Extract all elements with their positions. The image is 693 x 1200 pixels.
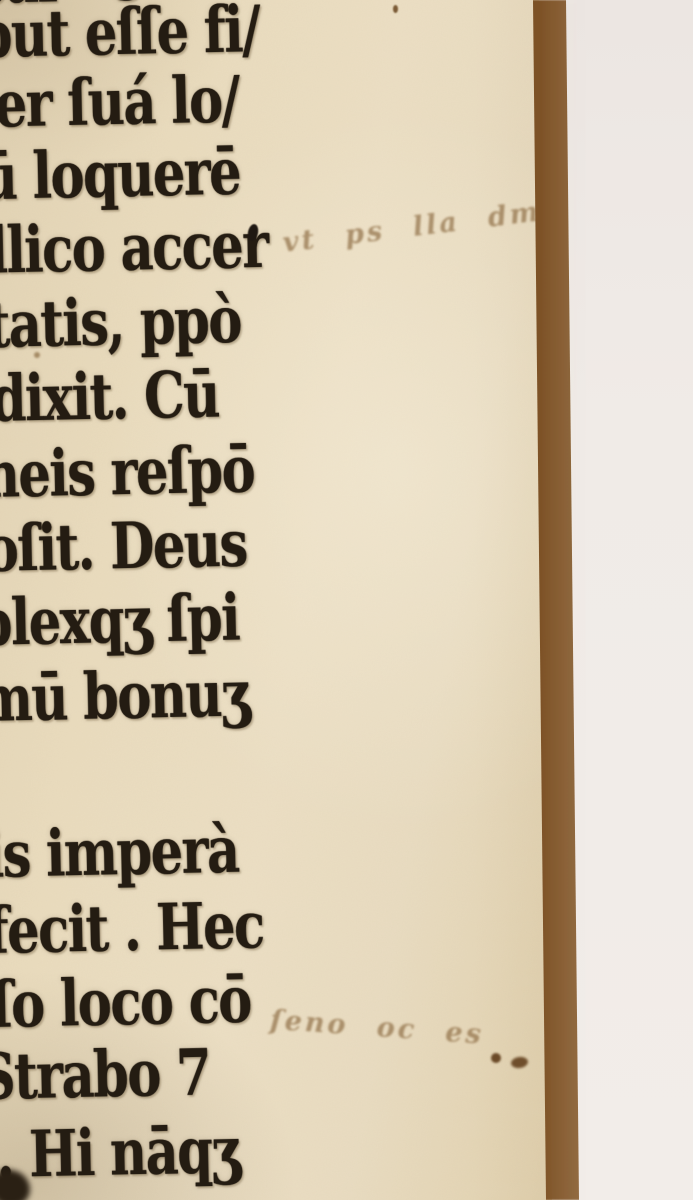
- printed-text-line: ſo loco cō: [0, 969, 251, 1038]
- printed-text-line: illico accer: [0, 214, 268, 284]
- printed-text-line: fecit . Hec: [0, 894, 264, 964]
- printed-text-line: ū loquerē: [0, 141, 241, 210]
- ink-speck: [491, 1053, 501, 1063]
- printed-text-line: mū bonuʒ: [0, 662, 249, 732]
- ink-speck: [34, 352, 40, 358]
- printed-text-line: ter ſuá lo/: [0, 68, 239, 138]
- printed-text-line: dixit. Cū: [0, 363, 219, 432]
- printed-text-line: tatis, ppò: [0, 289, 241, 358]
- ink-speck: [393, 5, 398, 13]
- printed-text-line: . Hi nāqʒ: [0, 1119, 239, 1188]
- printed-text-line: neis reſpō: [0, 438, 255, 508]
- printed-text-line: put eſſe fi/: [0, 0, 260, 68]
- printed-text-line: oſit. Deus: [0, 513, 247, 582]
- printed-text-line: Strabo 7: [0, 1041, 211, 1110]
- printed-text-line: is imperà: [0, 819, 239, 888]
- photo-of-incunable-page: ear 9 put eſſe fi/ ter ſuá lo/ ū loquerē…: [0, 0, 693, 1200]
- printed-text-line: plexqʒ ſpi: [0, 587, 240, 656]
